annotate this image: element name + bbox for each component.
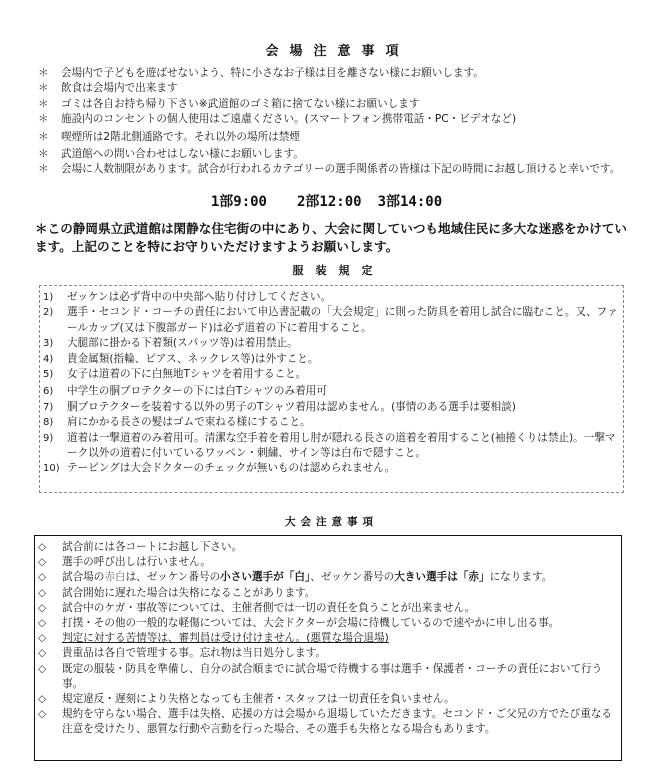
item-number: 4) <box>40 352 67 367</box>
judgment-complaint-rule: 判定に対する苦情等は、審判員は受け付けません。(悪質な場合退場) <box>62 631 621 646</box>
diamond-bullet-icon: ◇ <box>35 586 62 601</box>
list-item: ◇規定違反・遅刻により失格となっても主催者・スタッフは一切責任を負いません。 <box>35 692 621 707</box>
diamond-bullet-icon: ◇ <box>35 646 62 661</box>
list-item: ◇判定に対する苦情等は、審判員は受け付けません。(悪質な場合退場) <box>35 631 621 646</box>
item-number: 6) <box>40 384 67 399</box>
dress-code-list: 1)ゼッケンは必ず背中の中央部へ貼り付けしてください。 2)選手・セコンド・コー… <box>40 286 623 477</box>
asterisk-bullet-icon: ＊ <box>35 81 61 96</box>
list-item: ＊会場に人数制限があります。試合が行われるカテゴリーの選手関係者の皆様は下記の時… <box>35 162 625 177</box>
list-item: ◇試合開始に遅れた場合は失格になることがあります。 <box>35 586 621 601</box>
list-item: 7)胴プロテクターを装着する以外の男子のTシャツ着用は認めません。(事情のある選… <box>40 400 623 415</box>
diamond-bullet-icon: ◇ <box>35 692 62 707</box>
diamond-bullet-icon: ◇ <box>35 540 62 555</box>
diamond-bullet-icon: ◇ <box>35 570 62 585</box>
item-number: 5) <box>40 367 67 382</box>
list-item: ◇試合前には各コートにお越し下さい。 <box>35 540 621 555</box>
diamond-bullet-icon: ◇ <box>35 601 62 616</box>
schedule-part-1: 1部9:00 <box>211 194 267 210</box>
schedule-times: 1部9:002部12:003部14:00 <box>0 191 653 211</box>
list-item: ◇既定の服装・防具を準備し、自分の試合順までに試合場で待機する事は選手・保護者・… <box>35 662 621 692</box>
dress-code-box: 1)ゼッケンは必ず背中の中央部へ貼り付けしてください。 2)選手・セコンド・コー… <box>39 285 624 493</box>
diamond-bullet-icon: ◇ <box>35 616 62 631</box>
list-item: 10)テーピングは大会ドクターのチェックが無いものは認められません。 <box>40 461 623 476</box>
list-item: 9)道着は一撃道着のみ着用可。清潔な空手着を着用し肘が隠れる長さの道着を着用する… <box>40 431 623 462</box>
list-item: 2)選手・セコンド・コーチの責任において申込書記載の「大会規定」に則った防具を着… <box>40 305 623 336</box>
asterisk-bullet-icon: ＊ <box>35 66 61 81</box>
list-item: ◇選手の呼び出しは行いません。 <box>35 555 621 570</box>
venue-notice: ＊この静岡県立武道館は閑静な住宅街の中にあり、大会に関していつも地域住民に多大な… <box>35 220 635 256</box>
item-number: 7) <box>40 400 67 415</box>
list-item: 3)大腿部に掛かる下着類(スパッツ等)は着用禁止。 <box>40 336 623 351</box>
tournament-notes-box: ◇試合前には各コートにお越し下さい。 ◇選手の呼び出しは行いません。 ◇試合場の… <box>34 535 622 761</box>
list-item: ＊施設内のコンセントの個人使用はご遠慮ください。(スマートフォン携帯電話・PC・… <box>35 112 625 127</box>
list-item: ◇規約を守らない場合、選手は失格、応援の方は会場から退場していただきます。セコン… <box>35 707 621 737</box>
asterisk-bullet-icon: ＊ <box>35 147 61 162</box>
item-number: 1) <box>40 290 67 305</box>
schedule-part-2: 2部12:00 <box>297 194 362 210</box>
tournament-notes-title: 大会注意事項 <box>0 514 653 529</box>
diamond-bullet-icon: ◇ <box>35 662 62 692</box>
diamond-bullet-icon: ◇ <box>35 707 62 737</box>
list-item: ＊飲食は会場内で出来ます <box>35 81 625 96</box>
diamond-bullet-icon: ◇ <box>35 555 62 570</box>
item-number: 8) <box>40 415 67 430</box>
item-number: 2) <box>40 305 67 336</box>
list-item: 4)貴金属類(指輪、ピアス、ネックレス等)は外すこと。 <box>40 352 623 367</box>
dress-code-title: 服装規定 <box>0 262 653 278</box>
tournament-notes-list: ◇試合前には各コートにお越し下さい。 ◇選手の呼び出しは行いません。 ◇試合場の… <box>35 536 621 738</box>
asterisk-bullet-icon: ＊ <box>35 112 61 127</box>
list-item: 6)中学生の胴プロテクターの下には白Tシャツのみ着用可 <box>40 384 623 399</box>
list-item: ◇打撲・その他の一般的な軽傷については、大会ドクターが会場に待機しているので速や… <box>35 616 621 631</box>
asterisk-bullet-icon: ＊ <box>35 162 61 177</box>
list-item: 5)女子は道着の下に白無地Tシャツを着用すること。 <box>40 367 623 382</box>
asterisk-bullet-icon: ＊ <box>35 97 61 112</box>
list-item: 1)ゼッケンは必ず背中の中央部へ貼り付けしてください。 <box>40 290 623 305</box>
list-item: ◇貴重品は各自で管理する事。忘れ物は当日処分します。 <box>35 646 621 661</box>
list-item: ◇試合中のケガ・事故等については、主催者側では一切の責任を負うことが出来ません。 <box>35 601 621 616</box>
red-white-rule: 試合場の赤白は、ゼッケン番号の小さい選手が「白」、ゼッケン番号の大きい選手は「赤… <box>62 570 621 585</box>
list-item: ＊喫煙所は2階北側通路です。それ以外の場所は禁煙 <box>35 130 625 145</box>
item-number: 3) <box>40 336 67 351</box>
list-item: 8)肩にかかる長さの髪はゴムで束ねる様にすること。 <box>40 415 623 430</box>
venue-notes-title: 会場注意事項 <box>0 40 653 59</box>
list-item: ◇試合場の赤白は、ゼッケン番号の小さい選手が「白」、ゼッケン番号の大きい選手は「… <box>35 570 621 585</box>
list-item: ＊会場内で子どもを遊ばせないよう、特に小さなお子様は目を離さない様にお願いします… <box>35 66 625 81</box>
item-number: 9) <box>40 431 67 462</box>
diamond-bullet-icon: ◇ <box>35 631 62 646</box>
asterisk-bullet-icon: ＊ <box>35 130 61 145</box>
schedule-part-3: 3部14:00 <box>378 194 443 210</box>
item-number: 10) <box>40 461 67 476</box>
venue-notes-list: ＊会場内で子どもを遊ばせないよう、特に小さなお子様は目を離さない様にお願いします… <box>35 66 625 178</box>
list-item: ＊ゴミは各自お持ち帰り下さい※武道館のゴミ箱に捨てない様にお願いします <box>35 97 625 112</box>
list-item: ＊武道館への問い合わせはしない様にお願いします。 <box>35 147 625 162</box>
